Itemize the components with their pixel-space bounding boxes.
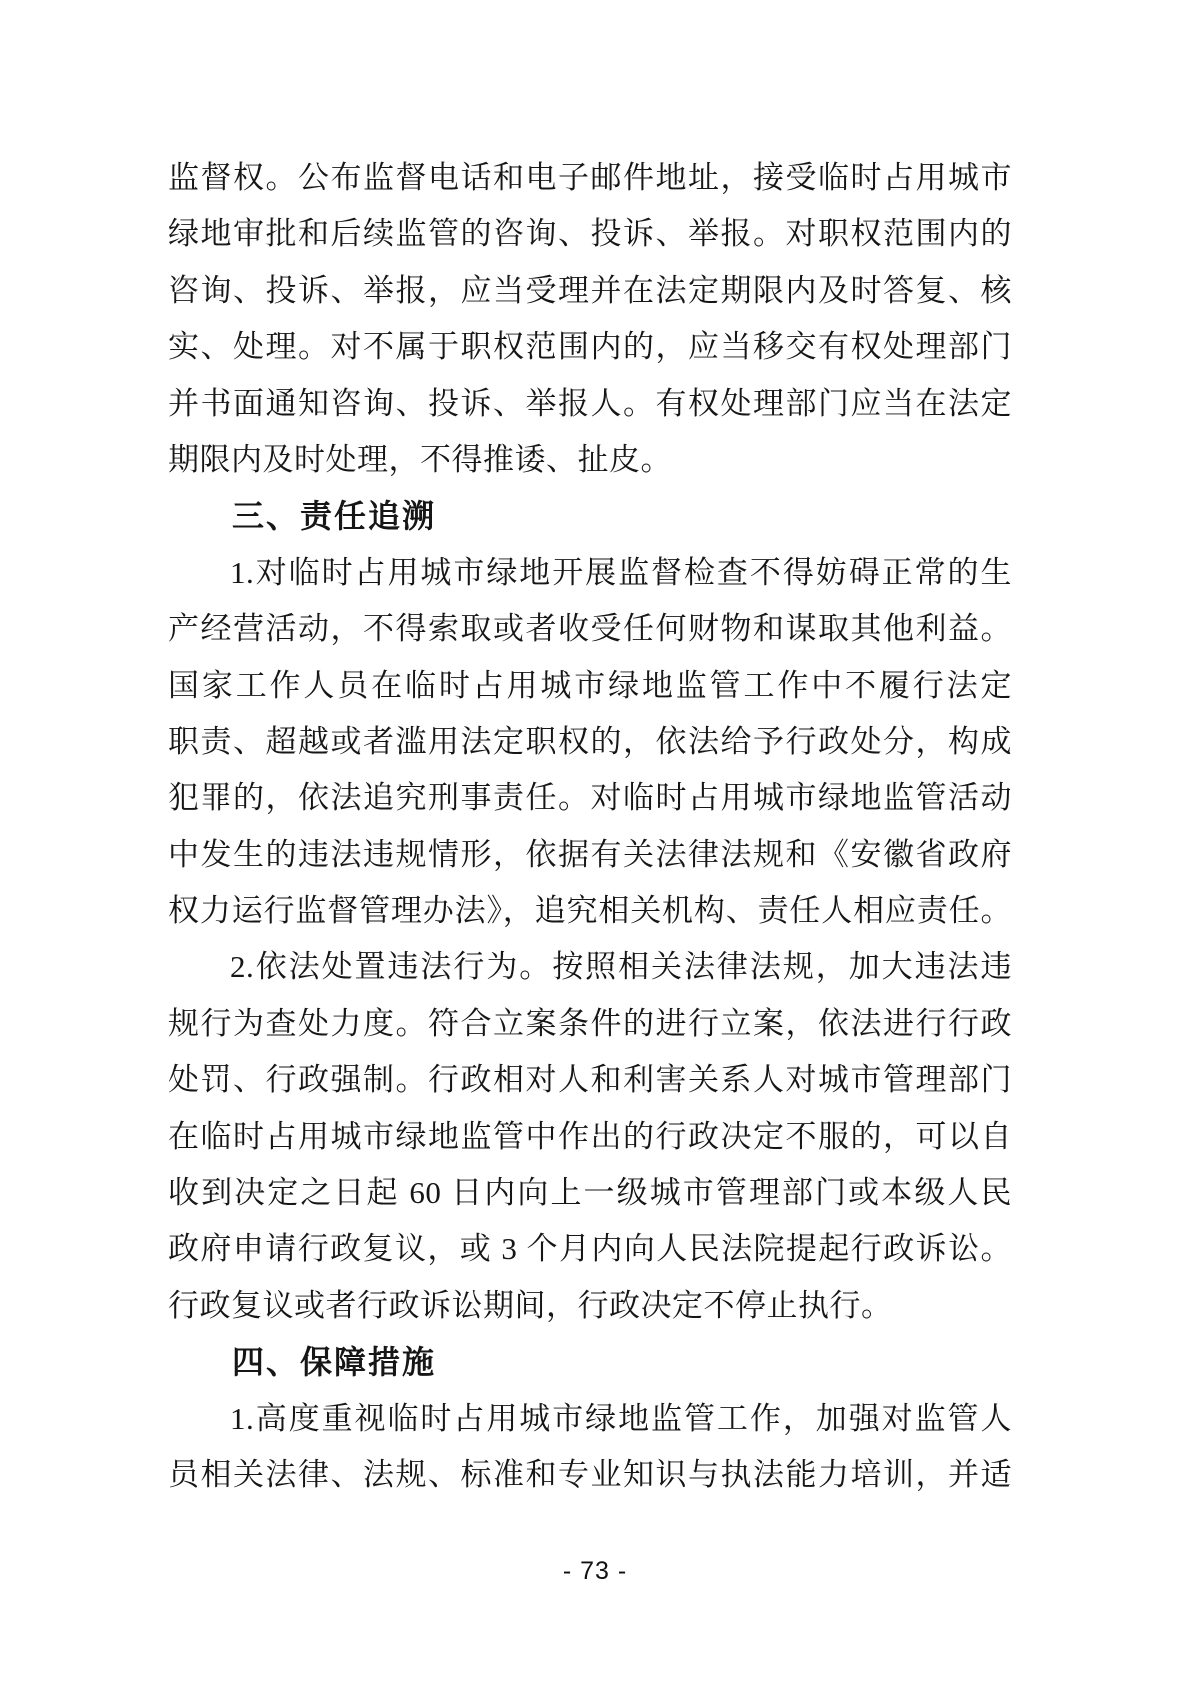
body-text-line: 职责、超越或者滥用法定职权的，依法给予行政处分，构成: [168, 714, 1012, 770]
body-text-line: 犯罪的，依法追究刑事责任。对临时占用城市绿地监管活动: [168, 770, 1012, 826]
body-text-line: 行政复议或者行政诉讼期间，行政决定不停止执行。: [168, 1278, 1012, 1334]
body-text-line: 收到决定之日起 60 日内向上一级城市管理部门或本级人民: [168, 1165, 1012, 1221]
body-text-line: 1.对临时占用城市绿地开展监督检查不得妨碍正常的生: [168, 545, 1012, 601]
body-text-line: 权力运行监督管理办法》，追究相关机构、责任人相应责任。: [168, 883, 1012, 939]
page-number: - 73 -: [0, 1556, 1190, 1586]
section-heading: 四、保障措施: [168, 1334, 1012, 1390]
document-page: 监督权。公布监督电话和电子邮件地址，接受临时占用城市绿地审批和后续监管的咨询、投…: [0, 0, 1190, 1683]
body-text-line: 咨询、投诉、举报，应当受理并在法定期限内及时答复、核: [168, 263, 1012, 319]
body-text-line: 产经营活动，不得索取或者收受任何财物和谋取其他利益。: [168, 601, 1012, 657]
body-text-line: 并书面通知咨询、投诉、举报人。有权处理部门应当在法定: [168, 376, 1012, 432]
section-heading: 三、责任追溯: [168, 488, 1012, 544]
body-text-line: 政府申请行政复议，或 3 个月内向人民法院提起行政诉讼。: [168, 1221, 1012, 1277]
body-text-line: 在临时占用城市绿地监管中作出的行政决定不服的，可以自: [168, 1109, 1012, 1165]
body-text-line: 1.高度重视临时占用城市绿地监管工作，加强对监管人: [168, 1391, 1012, 1447]
body-text-line: 处罚、行政强制。行政相对人和利害关系人对城市管理部门: [168, 1052, 1012, 1108]
body-text-line: 期限内及时处理，不得推诿、扯皮。: [168, 432, 1012, 488]
body-text-line: 规行为查处力度。符合立案条件的进行立案，依法进行行政: [168, 996, 1012, 1052]
body-text-line: 监督权。公布监督电话和电子邮件地址，接受临时占用城市: [168, 150, 1012, 206]
body-text-line: 中发生的违法违规情形，依据有关法律法规和《安徽省政府: [168, 827, 1012, 883]
body-text-line: 绿地审批和后续监管的咨询、投诉、举报。对职权范围内的: [168, 206, 1012, 262]
body-text-line: 实、处理。对不属于职权范围内的，应当移交有权处理部门: [168, 319, 1012, 375]
body-text-line: 国家工作人员在临时占用城市绿地监管工作中不履行法定: [168, 658, 1012, 714]
body-text-line: 员相关法律、法规、标准和专业知识与执法能力培训，并适: [168, 1447, 1012, 1503]
body-text-line: 2.依法处置违法行为。按照相关法律法规，加大违法违: [168, 939, 1012, 995]
document-body: 监督权。公布监督电话和电子邮件地址，接受临时占用城市绿地审批和后续监管的咨询、投…: [168, 150, 1012, 1503]
